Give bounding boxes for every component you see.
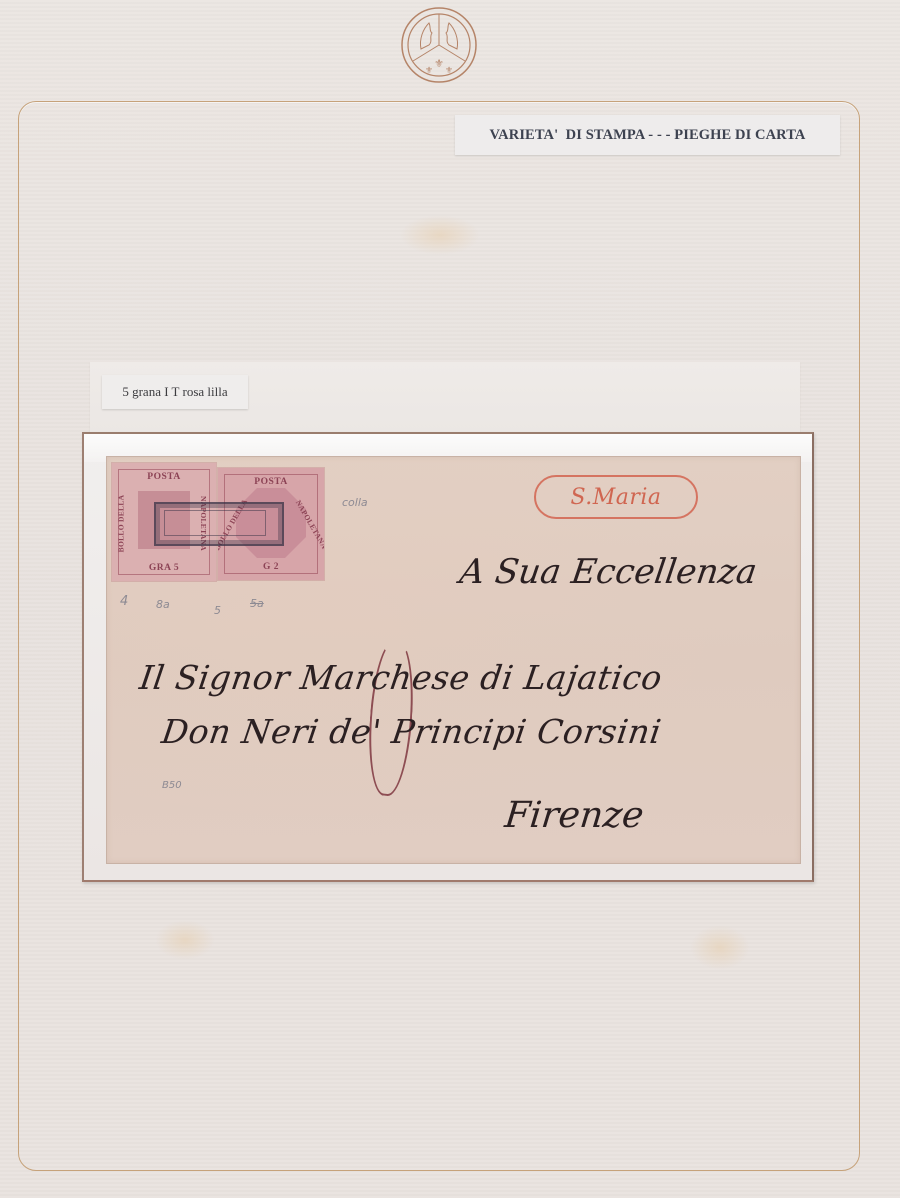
address-line-2: Il Signor Marchese di Lajatico	[137, 658, 665, 697]
stamp-top-text: POSTA	[112, 472, 216, 482]
svg-text:⚜: ⚜	[445, 66, 453, 76]
crest-emblem-icon: ⚜ ⚜ ⚜	[399, 5, 479, 85]
item-description: 5 grana I T rosa lilla	[122, 384, 227, 400]
page-title: VARIETA' DI STAMPA - - - PIEGHE DI CARTA	[489, 127, 805, 144]
stamp-top-text: POSTA	[218, 477, 324, 487]
paper-stain	[400, 215, 480, 255]
red-postmark: S.Maria	[534, 475, 698, 519]
address-line-1: A Sua Eccellenza	[457, 552, 759, 592]
svg-text:⚜: ⚜	[425, 66, 433, 76]
stamp-left-text: BOLLO DELLA	[116, 495, 125, 553]
pencil-note: colla	[342, 496, 368, 509]
svg-text:⚜: ⚜	[434, 57, 444, 70]
pencil-note: 5a	[250, 597, 264, 610]
stamp-value-text: GRA 5	[112, 563, 216, 573]
paper-stain	[155, 920, 215, 960]
stamp-value-text: G 2	[218, 562, 324, 572]
postmark-text: S.Maria	[570, 485, 661, 510]
rectangular-cancel-inner	[164, 510, 266, 536]
item-description-label: 5 grana I T rosa lilla	[102, 375, 248, 409]
pencil-note: 4	[120, 594, 128, 609]
address-line-3: Don Neri de' Principi Corsini	[159, 712, 664, 751]
address-line-4: Firenze	[503, 795, 646, 836]
paper-stain	[690, 925, 750, 970]
rectangular-cancel	[154, 502, 284, 546]
page-title-label: VARIETA' DI STAMPA - - - PIEGHE DI CARTA	[455, 115, 840, 155]
pencil-note: 8a	[156, 598, 170, 611]
pencil-note: 5	[214, 604, 221, 617]
pencil-note: B50	[162, 780, 182, 791]
